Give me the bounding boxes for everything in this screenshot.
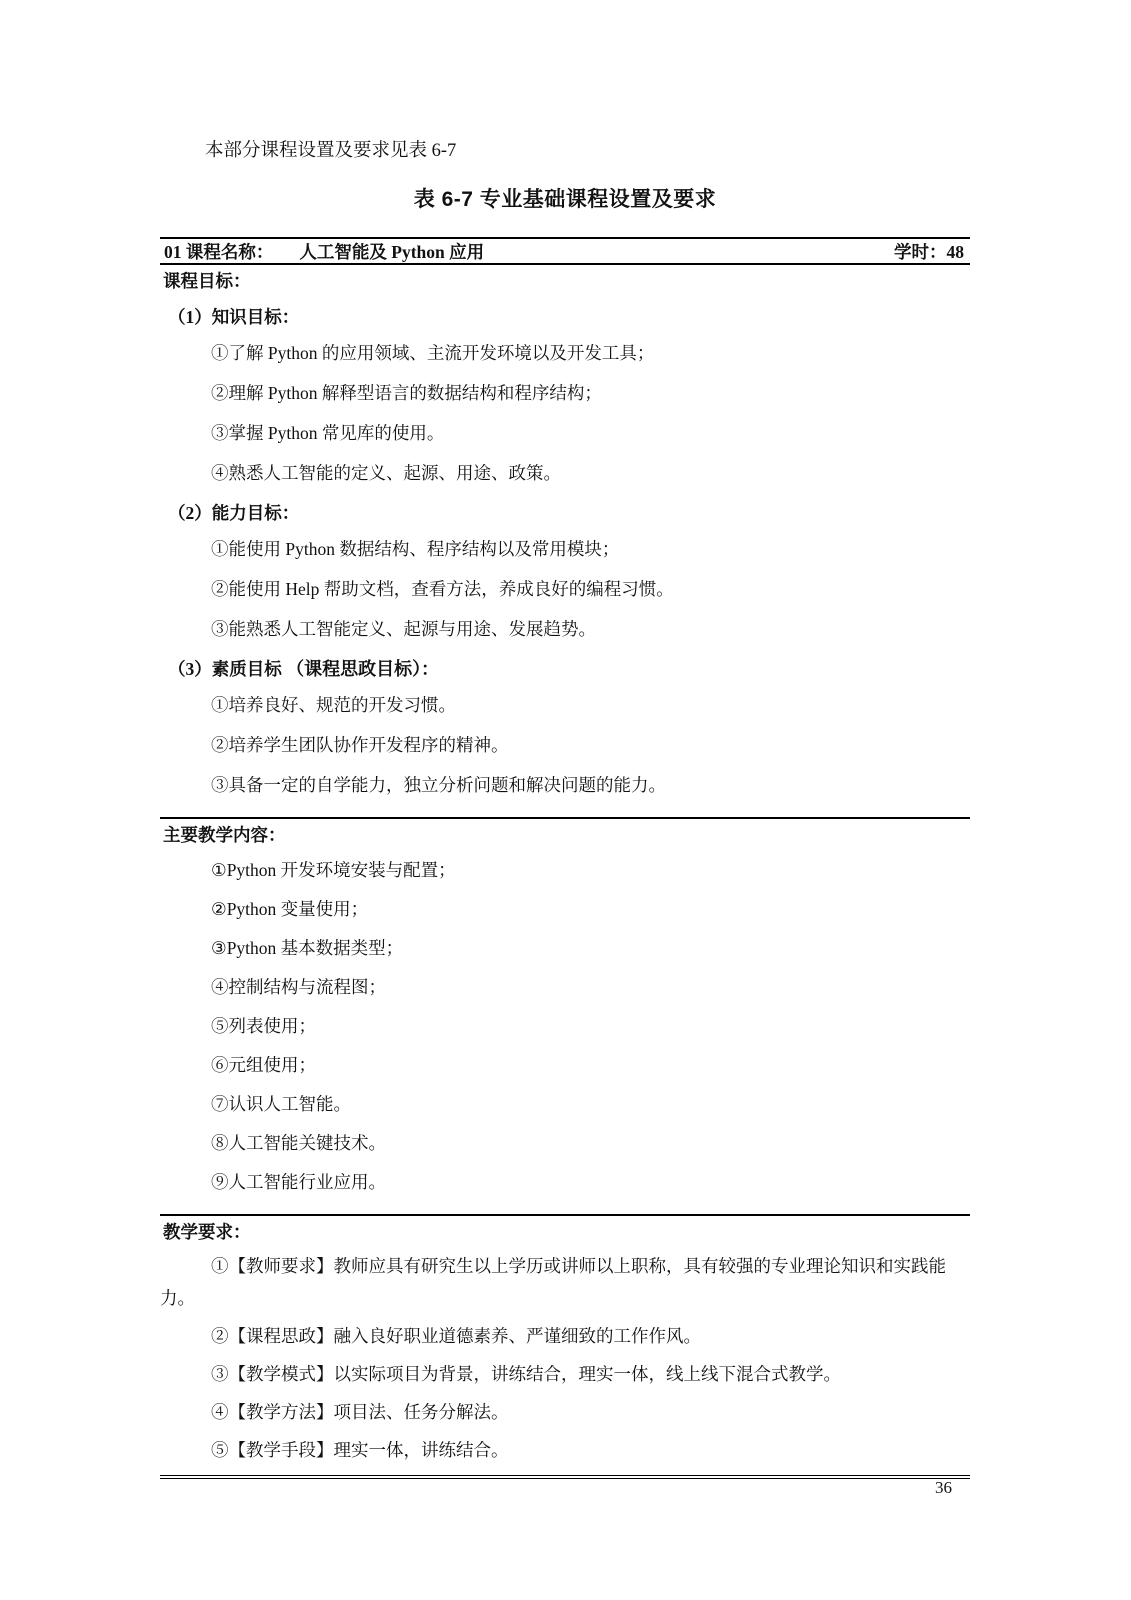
teaching-content-item: ①Python 开发环境安装与配置； <box>160 854 970 886</box>
objectives-title: 课程目标： <box>160 269 970 293</box>
teaching-requirement-item: ②【课程思政】融入良好职业道德素养、严谨细致的工作作风。 <box>160 1320 970 1352</box>
intro-paragraph: 本部分课程设置及要求见表 6-7 <box>160 0 970 163</box>
course-name-value: 人工智能及 Python 应用 <box>299 239 484 264</box>
section-course-objectives: 课程目标： （1）知识目标： ①了解 Python 的应用领域、主流开发环境以及… <box>160 265 970 817</box>
teaching-content-item: ⑧人工智能关键技术。 <box>160 1127 970 1159</box>
teaching-content-title: 主要教学内容： <box>160 823 970 847</box>
course-header-row: 01 课程名称： 人工智能及 Python 应用 学时：48 <box>160 239 970 265</box>
knowledge-objectives-heading: （1）知识目标： <box>168 305 970 329</box>
page-content: 本部分课程设置及要求见表 6-7 表 6-7 专业基础课程设置及要求 01 课程… <box>160 0 970 1479</box>
quality-item: ②培养学生团队协作开发程序的精神。 <box>160 729 970 761</box>
teaching-requirement-item: ④【教学方法】项目法、任务分解法。 <box>160 1396 970 1428</box>
quality-heading-emphasis: （课程思政目标） <box>286 659 421 679</box>
teaching-content-item: ③Python 基本数据类型； <box>160 932 970 964</box>
teaching-requirement-item: ③【教学模式】以实际项目为背景，讲练结合，理实一体，线上线下混合式教学。 <box>160 1358 970 1390</box>
ability-item: ③能熟悉人工智能定义、起源与用途、发展趋势。 <box>160 613 970 645</box>
quality-heading-prefix: （3）素质目标 <box>168 659 286 679</box>
teaching-content-item: ②Python 变量使用； <box>160 893 970 925</box>
teaching-requirements-title: 教学要求： <box>160 1220 970 1244</box>
quality-objectives-heading: （3）素质目标 （课程思政目标）： <box>168 657 970 681</box>
course-name-group: 01 课程名称： 人工智能及 Python 应用 <box>164 239 484 264</box>
quality-item: ③具备一定的自学能力，独立分析问题和解决问题的能力。 <box>160 769 970 801</box>
ability-item: ②能使用 Help 帮助文档，查看方法，养成良好的编程习惯。 <box>160 573 970 605</box>
course-table: 01 课程名称： 人工智能及 Python 应用 学时：48 课程目标： （1）… <box>160 237 970 1479</box>
teaching-requirement-item: ①【教师要求】教师应具有研究生以上学历或讲师以上职称，具有较强的专业理论知识和实… <box>160 1250 970 1314</box>
knowledge-item: ④熟悉人工智能的定义、起源、用途、政策。 <box>160 457 970 489</box>
section-teaching-content: 主要教学内容： ①Python 开发环境安装与配置； ②Python 变量使用；… <box>160 817 970 1214</box>
teaching-requirement-item: ⑤【教学手段】理实一体，讲练结合。 <box>160 1434 970 1466</box>
teaching-content-item: ⑦认识人工智能。 <box>160 1088 970 1120</box>
ability-objectives-heading: （2）能力目标： <box>168 501 970 525</box>
teaching-content-item: ⑥元组使用； <box>160 1049 970 1081</box>
course-name-label: 01 课程名称： <box>164 239 273 264</box>
ability-item: ①能使用 Python 数据结构、程序结构以及常用模块； <box>160 533 970 565</box>
course-hours: 学时：48 <box>894 239 964 264</box>
teaching-content-item: ④控制结构与流程图； <box>160 971 970 1003</box>
knowledge-item: ③掌握 Python 常见库的使用。 <box>160 417 970 449</box>
page-number: 36 <box>935 1478 952 1498</box>
table-caption: 表 6-7 专业基础课程设置及要求 <box>160 183 970 213</box>
document-page: 本部分课程设置及要求见表 6-7 表 6-7 专业基础课程设置及要求 01 课程… <box>0 0 1131 1600</box>
quality-heading-colon: ： <box>421 659 439 679</box>
knowledge-item: ①了解 Python 的应用领域、主流开发环境以及开发工具； <box>160 337 970 369</box>
quality-item: ①培养良好、规范的开发习惯。 <box>160 689 970 721</box>
teaching-content-item: ⑤列表使用； <box>160 1010 970 1042</box>
knowledge-item: ②理解 Python 解释型语言的数据结构和程序结构； <box>160 377 970 409</box>
teaching-content-item: ⑨人工智能行业应用。 <box>160 1166 970 1198</box>
section-teaching-requirements: 教学要求： ①【教师要求】教师应具有研究生以上学历或讲师以上职称，具有较强的专业… <box>160 1214 970 1475</box>
